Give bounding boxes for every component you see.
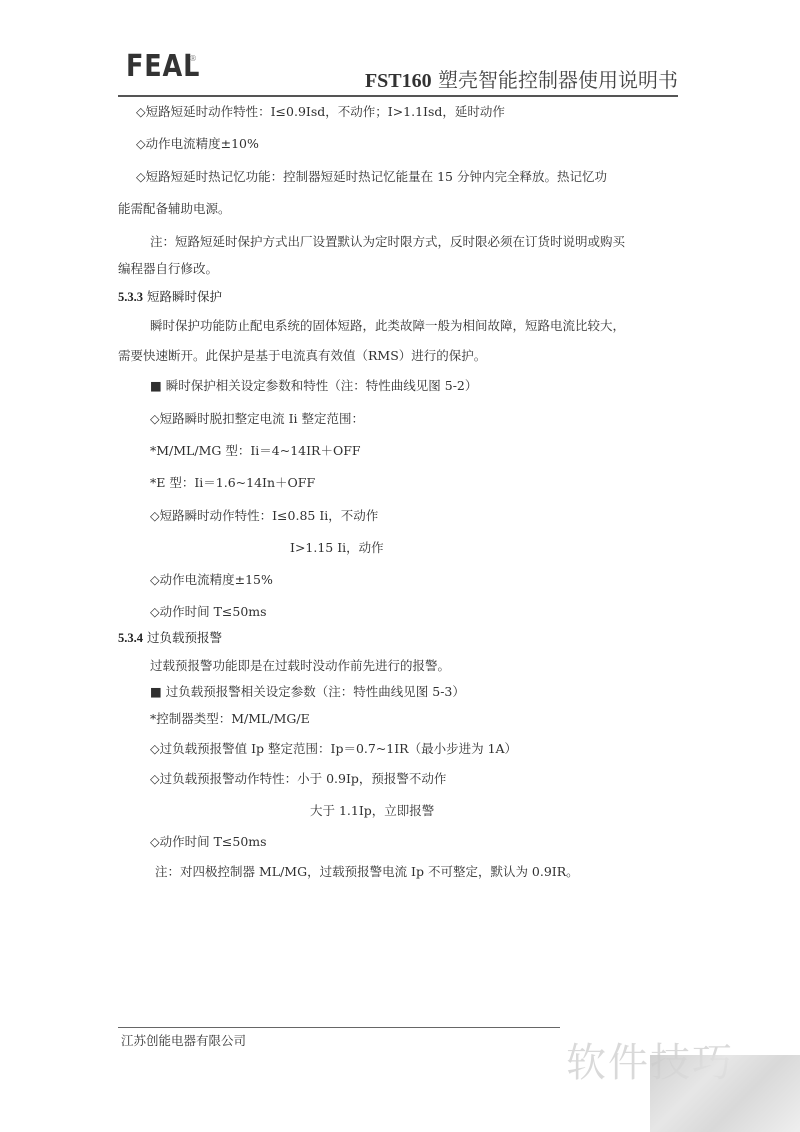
company-name: 江苏创能电器有限公司	[121, 1035, 246, 1048]
header-divider	[118, 95, 678, 97]
text-line: 需要快速断开。此保护是基于电流真有效值（RMS）进行的保护。	[118, 350, 486, 363]
document-code: FST160	[365, 70, 432, 92]
text-line: 能需配备辅助电源。	[118, 203, 231, 216]
section-heading-5-3-4: 5.3.4 过负载预报警	[118, 632, 222, 645]
text-line: *E 型：Ii＝1.6~14In＋OFF	[150, 477, 315, 490]
section-title: 短路瞬时保护	[147, 289, 222, 304]
section-number: 5.3.3	[118, 290, 143, 304]
document-name: 塑壳智能控制器使用说明书	[438, 68, 678, 92]
text-line: ◇短路短延时热记忆功能：控制器短延时热记忆能量在 15 分钟内完全释放。热记忆功	[136, 171, 607, 184]
bullet-heading: ■ 过负载预报警相关设定参数（注：特性曲线见图 5-3）	[150, 686, 465, 699]
text-line: 大于 1.1Ip，立即报警	[310, 805, 434, 818]
document-title: FST160 塑壳智能控制器使用说明书	[365, 70, 678, 91]
text-line: ◇短路瞬时动作特性：I≤0.85 Ii，不动作	[150, 510, 378, 523]
text-line: ◇过负载预报警动作特性：小于 0.9Ip，预报警不动作	[150, 773, 446, 786]
document-page: FEAL ® FST160 塑壳智能控制器使用说明书 ◇短路短延时动作特性：I≤…	[0, 0, 800, 1132]
text-line: ◇动作电流精度±15%	[150, 574, 273, 587]
text-line: *M/ML/MG 型：Ii＝4~14IR＋OFF	[150, 445, 361, 458]
section-title: 过负载预报警	[147, 630, 222, 645]
text-line: ◇短路瞬时脱扣整定电流 Ii 整定范围：	[150, 413, 364, 426]
text-line: ◇过负载预报警值 Ip 整定范围：Ip＝0.7~1IR（最小步进为 1A）	[150, 743, 517, 756]
text-line: ◇动作时间 T≤50ms	[150, 606, 267, 619]
text-line: 瞬时保护功能防止配电系统的固体短路，此类故障一般为相间故障，短路电流比较大，	[150, 320, 625, 333]
watermark-blur-overlay	[650, 1055, 800, 1132]
text-line: ◇动作时间 T≤50ms	[150, 836, 267, 849]
text-line: 过载预报警功能即是在过载时没动作前先进行的报警。	[150, 660, 450, 673]
bullet-heading: ■ 瞬时保护相关设定参数和特性（注：特性曲线见图 5-2）	[150, 380, 477, 393]
text-line: *控制器类型：M/ML/MG/E	[150, 713, 310, 726]
note-line: 注：短路短延时保护方式出厂设置默认为定时限方式，反时限必须在订货时说明或购买	[150, 236, 625, 249]
section-heading-5-3-3: 5.3.3 短路瞬时保护	[118, 291, 222, 304]
note-line: 编程器自行修改。	[118, 263, 218, 276]
note-line: 注：对四极控制器 ML/MG，过载预报警电流 Ip 不可整定，默认为 0.9IR…	[155, 866, 579, 879]
text-line: ◇短路短延时动作特性：I≤0.9Isd，不动作；I>1.1Isd，延时动作	[136, 106, 505, 119]
text-line: I>1.15 Ii，动作	[290, 542, 384, 555]
text-line: ◇动作电流精度±10%	[136, 138, 259, 151]
registered-mark-icon: ®	[189, 54, 197, 63]
footer-divider	[118, 1027, 560, 1028]
section-number: 5.3.4	[118, 631, 143, 645]
